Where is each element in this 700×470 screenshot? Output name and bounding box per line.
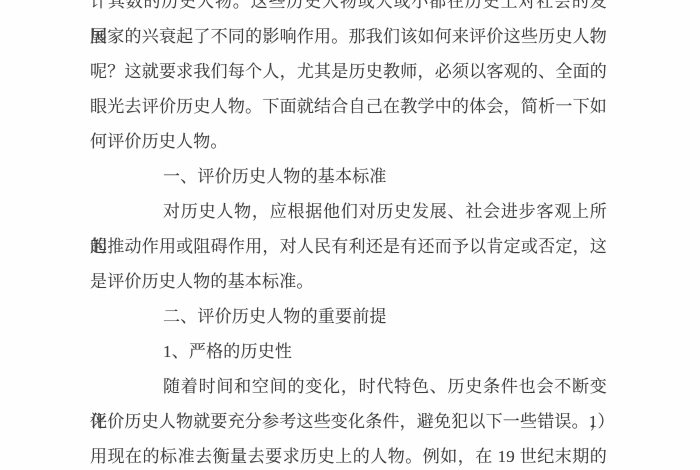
para-1-line-3: 呢？这就要求我们每个人，尤其是历史教师，必须以客观的、全面的 <box>90 54 607 89</box>
para-1-line-2: 国家的兴衰起了不同的影响作用。那我们该如何来评价这些历史人物 <box>90 19 607 54</box>
heading-section-1: 一、评价历史人物的基本标准 <box>90 159 607 194</box>
subheading-2-1: 1、严格的历史性 <box>90 334 607 369</box>
para-1-line-5: 何评价历史人物。 <box>90 124 607 159</box>
para-1-line-1-cut-top: 计其数的历史人物。这些历史人物或大或小都在历史上对社会的发展、 <box>90 0 607 19</box>
heading-section-2: 二、评价历史人物的重要前提 <box>90 299 607 334</box>
scanned-document-page: 计其数的历史人物。这些历史人物或大或小都在历史上对社会的发展、 国家的兴衰起了不… <box>0 0 700 470</box>
document-text-block: 计其数的历史人物。这些历史人物或大或小都在历史上对社会的发展、 国家的兴衰起了不… <box>90 0 607 470</box>
para-2-line-3: 是评价历史人物的基本标准。 <box>90 264 607 299</box>
para-2-line-2: 的推动作用或阻碍作用，对人民有利还是有还而予以肯定或否定，这 <box>90 229 607 264</box>
para-3-line-3: 用现在的标准去衡量去要求历史上的人物。例如，在 19 世纪末期的情 <box>90 439 607 470</box>
para-1-line-4: 眼光去评价历史人物。下面就结合自己在教学中的体会，简析一下如 <box>90 89 607 124</box>
para-3-line-1: 随着时间和空间的变化，时代特色、历史条件也会不断变化， <box>90 369 607 404</box>
para-2-line-1: 对历史人物，应根据他们对历史发展、社会进步客观上所起 <box>90 194 607 229</box>
para-3-line-2: 评价历史人物就要充分参考这些变化条件，避免犯以下一些错误。1） <box>90 404 607 439</box>
